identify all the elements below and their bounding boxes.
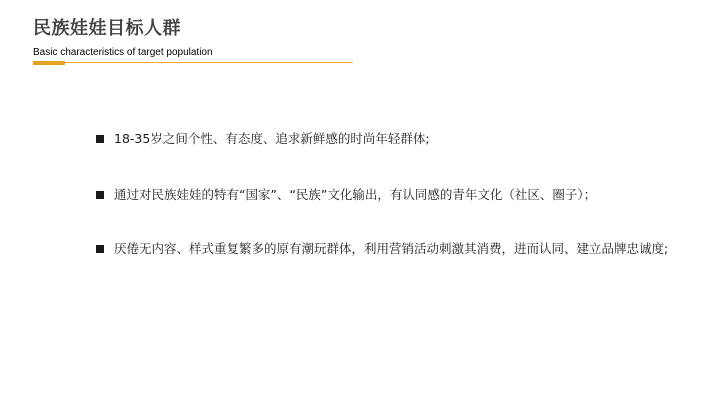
bullet-text: 18-35岁之间个性、有态度、追求新鲜感的时尚年轻群体; [114, 131, 430, 146]
title-underline [33, 62, 353, 63]
bullet-list: 18-35岁之间个性、有态度、追求新鲜感的时尚年轻群体; 通过对民族娃娃的特有“… [96, 126, 676, 290]
slide-title: 民族娃娃目标人群 [33, 18, 181, 40]
bullet-text: 通过对民族娃娃的特有“国家”、“民族”文化输出，有认同感的青年文化（社区、圈子）… [114, 187, 596, 202]
slide-subtitle: Basic characteristics of target populati… [33, 47, 213, 59]
square-bullet-icon [96, 135, 104, 143]
title-accent-bar [33, 61, 65, 65]
square-bullet-icon [96, 245, 104, 253]
bullet-text: 厌倦无内容、样式重复繁多的原有潮玩群体，利用营销活动刺激其消费，进而认同、建立品… [114, 241, 668, 256]
square-bullet-icon [96, 191, 104, 199]
bullet-item: 18-35岁之间个性、有态度、追求新鲜感的时尚年轻群体; [96, 126, 676, 152]
bullet-item: 厌倦无内容、样式重复繁多的原有潮玩群体，利用营销活动刺激其消费，进而认同、建立品… [96, 236, 676, 262]
bullet-item: 通过对民族娃娃的特有“国家”、“民族”文化输出，有认同感的青年文化（社区、圈子）… [96, 182, 676, 208]
